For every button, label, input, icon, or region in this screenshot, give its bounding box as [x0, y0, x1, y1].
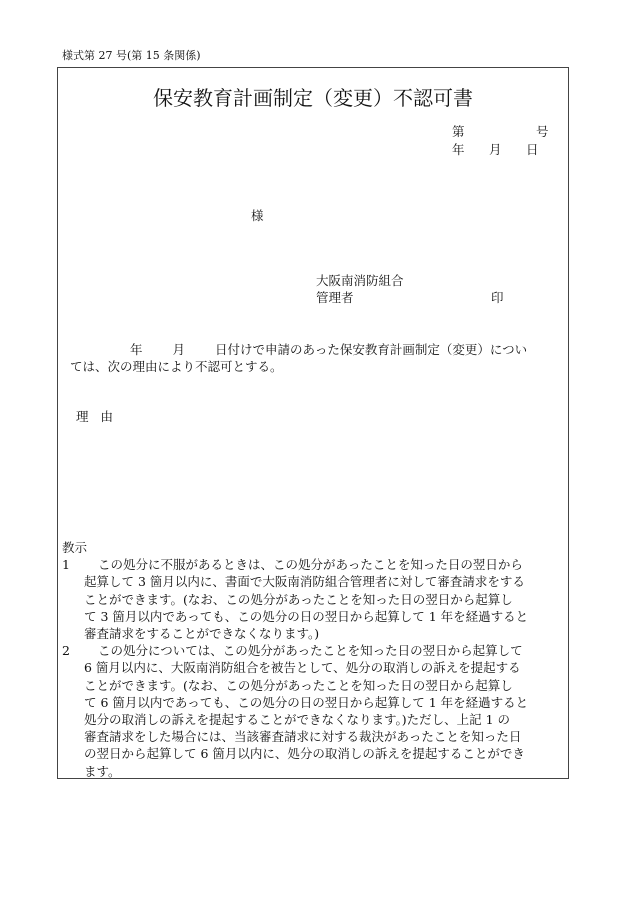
application-month-label: 月 — [173, 342, 186, 357]
reason-label: 理由 — [76, 409, 113, 425]
application-year-label: 年 — [130, 342, 143, 357]
issuer-seal-mark: 印 — [491, 290, 504, 306]
form-number-label: 様式第 27 号(第 15 条関係) — [62, 49, 201, 63]
reason-label-char-2: 由 — [101, 409, 114, 424]
appeal-notice-section: 教示 1 この処分に不服があるときは、この処分があったことを知った日の翌日から … — [62, 539, 562, 780]
body-line-1: 年月日付けで申請のあった保安教育計画制定（変更）につい — [70, 341, 560, 358]
issue-date-month-label: 月 — [489, 142, 502, 158]
item-line: の翌日から起算して 6 箇月以内に、処分の取消しの訴えを提起することができ — [84, 745, 562, 762]
body-line-2: ては、次の理由により不認可とする。 — [70, 358, 560, 375]
item-line: 処分の取消しの訴えを提起することができなくなります。)ただし、上記 1 の — [84, 711, 562, 728]
document-number-prefix: 第 — [452, 124, 465, 140]
body-line-1-text: 日付けで申請のあった保安教育計画制定（変更）につい — [215, 342, 527, 357]
issuer-title: 管理者 — [316, 290, 354, 306]
item-line: 審査請求をすることができなくなります。) — [84, 625, 562, 642]
document-number-suffix: 号 — [536, 124, 549, 140]
appeal-notice-item-1: 1 この処分に不服があるときは、この処分があったことを知った日の翌日から 起算し… — [62, 556, 562, 642]
item-number: 2 — [62, 642, 70, 659]
item-line: ことができます。(なお、この処分があったことを知った日の翌日から起算し — [84, 677, 562, 694]
issuer-organization: 大阪南消防組合 — [316, 273, 404, 289]
item-line: この処分については、この処分があったことを知った日の翌日から起算して — [84, 642, 562, 659]
reason-label-char-1: 理 — [76, 409, 89, 424]
document-frame: 保安教育計画制定（変更）不認可書 第 号 年 月 日 様 大阪南消防組合 管理者… — [57, 67, 569, 779]
item-line: ことができます。(なお、この処分があったことを知った日の翌日から起算し — [84, 591, 562, 608]
body-statement: 年月日付けで申請のあった保安教育計画制定（変更）につい ては、次の理由により不認… — [70, 341, 560, 375]
issue-date-year-label: 年 — [452, 142, 465, 158]
item-line: 審査請求をした場合には、当該審査請求に対する裁決があったことを知った日 — [84, 728, 562, 745]
item-line: て 3 箇月以内であっても、この処分の日の翌日から起算して 1 年を経過すると — [84, 608, 562, 625]
item-line: この処分に不服があるときは、この処分があったことを知った日の翌日から — [84, 556, 562, 573]
document-title: 保安教育計画制定（変更）不認可書 — [58, 86, 568, 110]
item-line: 起算して 3 箇月以内に、書面で大阪南消防組合管理者に対して審査請求をする — [84, 573, 562, 590]
appeal-notice-heading: 教示 — [62, 539, 562, 556]
item-line: 6 箇月以内に、大阪南消防組合を被告として、処分の取消しの訴えを提起する — [84, 659, 562, 676]
appeal-notice-item-2: 2 この処分については、この処分があったことを知った日の翌日から起算して 6 箇… — [62, 642, 562, 780]
item-line: ます。 — [84, 763, 562, 780]
item-number: 1 — [62, 556, 70, 573]
item-line: て 6 箇月以内であっても、この処分の日の翌日から起算して 1 年を経過すると — [84, 694, 562, 711]
addressee-honorific: 様 — [251, 208, 264, 224]
issue-date-day-label: 日 — [526, 142, 539, 158]
